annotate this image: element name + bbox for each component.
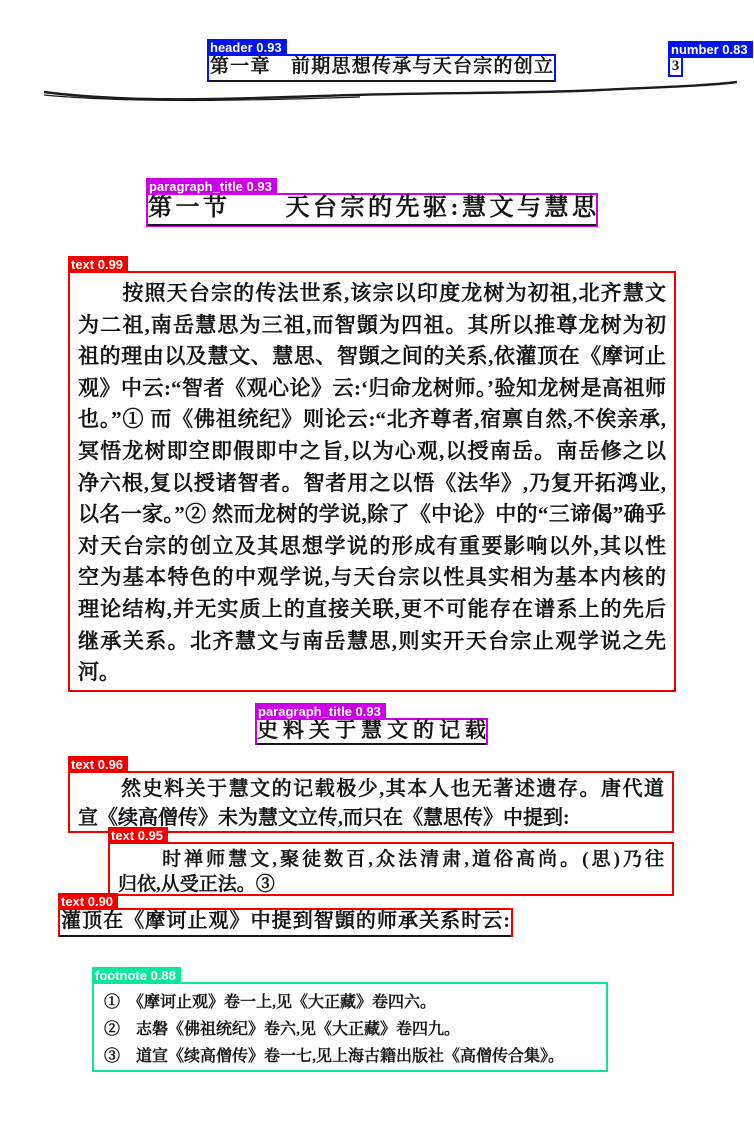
text-line: 对天台宗的创立及其思想学说的形成有重要影响以外,其以性 bbox=[78, 531, 666, 563]
text-line: 理论结构,并无实质上的直接关联,更不可能存在谱系上的先后 bbox=[78, 594, 666, 626]
page-divider-line bbox=[0, 80, 754, 110]
quote-block-bbox: text 0.95 时禅师慧文,聚徒数百,众法清肃,道俗高尚。(思)乃往 归依,… bbox=[108, 842, 674, 896]
paragraph-title-detection-label: paragraph_title 0.93 bbox=[146, 178, 277, 195]
footnote-line: ① 《摩诃止观》卷一上,见《大正藏》卷四六。 bbox=[104, 989, 594, 1016]
subsection-title-text: 史料关于慧文的记载 bbox=[257, 720, 486, 745]
text-detection-label: text 0.95 bbox=[108, 827, 168, 844]
text-line: 以名一家。”② 然而龙树的学说,除了《中论》中的“三谛偈”确乎 bbox=[78, 499, 666, 531]
text-line: 空为基本特色的中观学说,与天台宗以性具实相为基本内核的 bbox=[78, 562, 666, 594]
subsection-title-bbox: paragraph_title 0.93 史料关于慧文的记载 bbox=[255, 718, 488, 745]
text-line: 冥悟龙树即空即假即中之旨,以为心观,以授南岳。南岳修之以 bbox=[78, 436, 666, 468]
text-line: 河。 bbox=[78, 657, 666, 689]
text-line: 祖的理由以及慧文、慧思、智顗之间的关系,依灌顶在《摩诃止 bbox=[78, 341, 666, 373]
text-line: 归依,从受正法。③ bbox=[118, 872, 664, 897]
main-text-bbox: text 0.99 按照天台宗的传法世系,该宗以印度龙树为初祖,北齐慧文 为二祖… bbox=[68, 271, 676, 692]
scanned-page: header 0.93 第一章 前期思想传承与天台宗的创立 number 0.8… bbox=[0, 0, 754, 1122]
header-bbox: header 0.93 第一章 前期思想传承与天台宗的创立 bbox=[207, 54, 556, 82]
text-detection-label: text 0.90 bbox=[58, 893, 118, 910]
footnote-line: ② 志磐《佛祖统纪》卷六,见《大正藏》卷四九。 bbox=[104, 1016, 594, 1043]
text-detection-label: text 0.99 bbox=[68, 256, 128, 273]
footnote-detection-label: footnote 0.88 bbox=[92, 967, 181, 984]
text-line: 也。”① 而《佛祖统纪》则论云:“北齐尊者,宿禀自然,不俟亲承, bbox=[78, 404, 666, 436]
section-title-bbox: paragraph_title 0.93 第一节 天台宗的先驱:慧文与慧思 bbox=[146, 193, 598, 227]
chapter-header-text: 第一章 前期思想传承与天台宗的创立 bbox=[209, 56, 554, 82]
text-detection-label: text 0.96 bbox=[68, 756, 128, 773]
text-line: 时禅师慧文,聚徒数百,众法清肃,道俗高尚。(思)乃往 bbox=[118, 847, 664, 872]
text-line: 为二祖,南岳慧思为三祖,而智顗为四祖。其所以推尊龙树为初 bbox=[78, 310, 666, 342]
text-line: 观》中云:“智者《观心论》云:‘归命龙树师。’验知龙树是高祖师 bbox=[78, 373, 666, 405]
header-detection-label: header 0.93 bbox=[207, 39, 287, 56]
leadin-text: 灌顶在《摩诃止观》中提到智顗的师承关系时云: bbox=[60, 910, 511, 937]
text-line: 然史料关于慧文的记载极少,其本人也无著述遗存。唐代道 bbox=[78, 775, 664, 804]
text-line: 净六根,复以授诸智者。智者用之以悟《法华》,乃复开拓鸿业, bbox=[78, 468, 666, 500]
text-line: 按照天台宗的传法世系,该宗以印度龙树为初祖,北齐慧文 bbox=[78, 278, 666, 310]
page-number-bbox: number 0.83 3 bbox=[668, 56, 683, 77]
footnote-line: ③ 道宣《续高僧传》卷一七,见上海古籍出版社《高僧传合集》。 bbox=[104, 1043, 594, 1070]
number-detection-label: number 0.83 bbox=[668, 41, 753, 58]
page-number-text: 3 bbox=[672, 58, 680, 74]
text-line: 继承关系。北齐慧文与南岳慧思,则实开天台宗止观学说之先 bbox=[78, 626, 666, 658]
text-block-bbox: text 0.96 然史料关于慧文的记载极少,其本人也无著述遗存。唐代道 宣《续… bbox=[68, 771, 674, 833]
paragraph-title-detection-label: paragraph_title 0.93 bbox=[255, 703, 386, 720]
section-title-text: 第一节 天台宗的先驱:慧文与慧思 bbox=[148, 195, 596, 226]
leadin-text-bbox: text 0.90 灌顶在《摩诃止观》中提到智顗的师承关系时云: bbox=[58, 908, 513, 937]
footnote-bbox: footnote 0.88 ① 《摩诃止观》卷一上,见《大正藏》卷四六。 ② 志… bbox=[92, 982, 608, 1072]
